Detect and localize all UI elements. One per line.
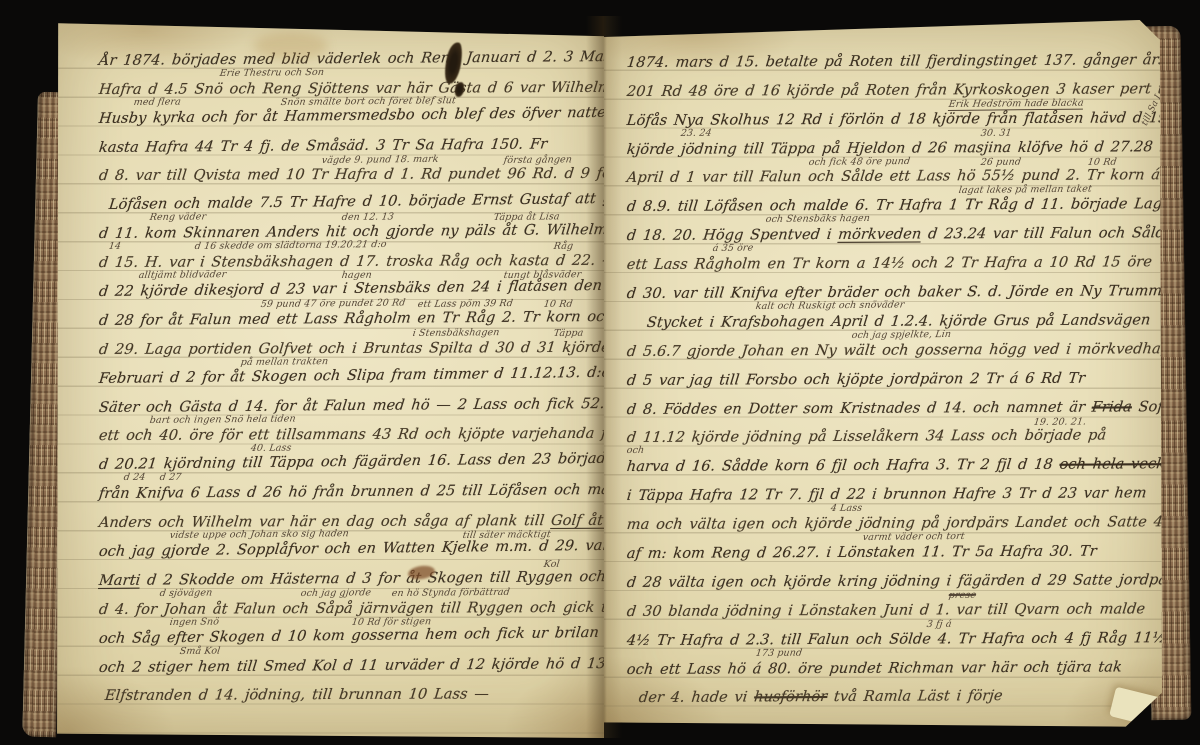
journal-line: och jag gjorde 2. Sopplåfvor och en Watt… bbox=[98, 531, 604, 560]
interline-note: och jag spjelkte, Lin bbox=[851, 329, 952, 341]
journal-line-text: kasta Hafra 44 Tr 4 fj. de Småsäd. 3 Tr … bbox=[98, 136, 548, 156]
interline-note: d 27 bbox=[159, 472, 182, 483]
journal-line: d 30 blanda jödning i Lönstaken Juni d 1… bbox=[626, 591, 1162, 620]
interline-note: 14 bbox=[108, 241, 122, 252]
interline-note: 173 pund bbox=[755, 647, 803, 658]
journal-line: d 15. H. var i Stensbäkshagen d 17. tros… bbox=[98, 242, 604, 271]
journal-line-text: d 15. H. var i Stensbäkshagen d 17. tros… bbox=[98, 252, 604, 271]
photo-background: År 1874. börjades med blid väderlek och … bbox=[0, 0, 1200, 745]
journal-line-text: d 28 for åt Falun med ett Lass Rågholm e… bbox=[98, 308, 604, 329]
journal-line-text: Stycket i Krafsbohagen April d 1.2.4. kj… bbox=[646, 312, 1151, 331]
journal-line: Husby kyrka och for åt Hammersmedsbo och… bbox=[98, 98, 604, 127]
journal-line: och ett Lass hö á 80. öre pundet Richman… bbox=[626, 649, 1162, 678]
journal-line-text: harva d 16. Sådde korn 6 fjl och Hafra 3… bbox=[626, 456, 1162, 475]
journal-line-text: d 29. Laga portiden Golfvet och i Brunta… bbox=[98, 339, 604, 358]
journal-line: 1874. mars d 15. betalte på Roten till f… bbox=[626, 42, 1162, 71]
journal-line: d 5.6.7 gjorde Johan en Ny wält och goss… bbox=[626, 331, 1162, 360]
journal-line: ma och välta igen och kjörde jödning på … bbox=[626, 504, 1162, 533]
journal-line-text: d 30 blanda jödning i Lönstaken Juni d 1… bbox=[626, 601, 1146, 620]
journal-line-text: Elfstranden d 14. jödning, till brunnan … bbox=[104, 687, 490, 705]
journal-line-text: i Täppa Hafra 12 Tr 7. fjl d 22 i brunno… bbox=[626, 486, 1147, 505]
journal-line-text: 4½ Tr Hafra d 2.3. till Falun och Sölde … bbox=[626, 630, 1162, 649]
journal-line: i Täppa Hafra 12 Tr 7. fjl d 22 i brunno… bbox=[626, 475, 1162, 504]
journal-line-text: d 8.9. till Löfåsen och malde 6. Tr Hafr… bbox=[626, 196, 1162, 215]
journal-line-text: d 5.6.7 gjorde Johan en Ny wält och goss… bbox=[626, 341, 1162, 360]
journal-line: d 29. Laga portiden Golfvet och i Brunta… bbox=[98, 329, 604, 358]
journal-line-text: Februari d 2 for åt Skogen och Slipa fra… bbox=[98, 363, 604, 387]
interline-note: och jag gjorde bbox=[300, 587, 372, 599]
journal-line: och Såg efter Skogen d 10 kom gosserna h… bbox=[98, 618, 604, 647]
journal-line-text: från Knifva 6 Lass d 26 hö från brunnen … bbox=[98, 481, 604, 502]
interline-note: 19. 20. 21. bbox=[1033, 416, 1087, 428]
journal-line: Februari d 2 for åt Skogen och Slipa fra… bbox=[98, 358, 604, 387]
interline-note: och Stensbäks hagen bbox=[765, 213, 871, 225]
interline-note: 4 Lass bbox=[830, 503, 863, 514]
journal-line-text: d 18. 20. Högg Spentved i mörkveden d 23… bbox=[626, 225, 1162, 244]
journal-line: Anders och Wilhelm var här en dag och så… bbox=[98, 502, 604, 531]
journal-line-text: och 2 stiger hem till Smed Kol d 11 urvä… bbox=[98, 655, 604, 676]
journal-line: April d 1 var till Falun och Sålde ett L… bbox=[626, 158, 1162, 187]
interline-note: d 16 skedde om slädtorna 19.20.21 d:o bbox=[194, 239, 387, 252]
interline-note: Små Kol bbox=[179, 645, 221, 656]
journal-line-text: ma och välta igen och kjörde jödning på … bbox=[626, 514, 1162, 533]
journal-line: kasta Hafra 44 Tr 4 fj. de Småsäd. 3 Tr … bbox=[98, 127, 604, 156]
journal-line: Löfås Nya Skolhus 12 Rd i förlön d 18 kj… bbox=[626, 100, 1162, 129]
interline-note: prese bbox=[948, 590, 977, 601]
journal-line-text: d 11.12 kjörde jödning på Lisselåkern 34… bbox=[626, 428, 1107, 447]
journal-line: Elfstranden d 14. jödning, till brunnan … bbox=[98, 676, 604, 705]
journal-line: d 8. Föddes en Dotter som Kristnades d 1… bbox=[626, 389, 1162, 418]
journal-line-text: Löfås Nya Skolhus 12 Rd i förlön d 18 kj… bbox=[626, 110, 1162, 129]
paper-stain bbox=[254, 32, 328, 60]
interline-note: den 12. 13 bbox=[341, 212, 395, 224]
interline-note: Täppa åt Lisa bbox=[493, 212, 560, 224]
journal-line: af m: kom Reng d 26.27. i Lönstaken 11. … bbox=[626, 533, 1162, 562]
journal-line-text: d 20.21 kjördning till Täppa och fägärde… bbox=[98, 450, 604, 473]
journal-line: d 4. for Johan åt Falun och Såpå järnväg… bbox=[98, 589, 604, 618]
interline-note: Erie Thestru och Son bbox=[219, 67, 325, 79]
interline-note: 23. 24 bbox=[680, 127, 712, 138]
journal-line: kjörde jödning till Täppa på Hjeldon d 2… bbox=[626, 129, 1162, 158]
journal-line: d 20.21 kjördning till Täppa och fägärde… bbox=[98, 444, 604, 473]
interline-note: med flera bbox=[133, 96, 182, 107]
interline-note: 10 Rd för stigen bbox=[351, 616, 432, 628]
left-page-text: År 1874. börjades med blid väderlek och … bbox=[56, 40, 604, 736]
journal-line-text: Säter och Gästa d 14. for åt Falun med h… bbox=[98, 395, 604, 416]
journal-line: från Knifva 6 Lass d 26 hö från brunnen … bbox=[98, 473, 604, 502]
interline-note: varmt väder och tort bbox=[862, 531, 965, 543]
journal-line-text: ett och 40. öre för ett tillsammans 43 R… bbox=[98, 426, 604, 445]
journal-line: Hafra d 4.5 Snö och Reng Sjöttens var hä… bbox=[98, 69, 604, 98]
interline-note: á 35 öre bbox=[712, 243, 754, 254]
interline-note: Täppa bbox=[553, 328, 584, 339]
interline-note: Snön smälte bort och föret blef slut bbox=[280, 95, 457, 108]
interline-note: vägde 9. pund 18. mark bbox=[321, 153, 439, 165]
interline-note: alltjämt blidväder bbox=[138, 269, 227, 281]
journal-line: d 18. 20. Högg Spentved i mörkveden d 23… bbox=[626, 215, 1162, 244]
interline-note: 26 pund bbox=[980, 156, 1022, 167]
interline-note: tungt blåsväder bbox=[503, 269, 582, 281]
journal-line: d 28 for åt Falun med ett Lass Rågholm e… bbox=[98, 300, 604, 329]
journal-line: 4½ Tr Hafra d 2.3. till Falun och Sölde … bbox=[626, 620, 1162, 649]
journal-left-page: År 1874. börjades med blid väderlek och … bbox=[56, 16, 604, 738]
journal-line: d 28 välta igen och kjörde kring jödning… bbox=[626, 562, 1162, 591]
journal-line-text: och ett Lass hö á 80. öre pundet Richman… bbox=[626, 659, 1123, 678]
journal-line: Säter och Gästa d 14. for åt Falun med h… bbox=[98, 387, 604, 416]
journal-line: d 8.9. till Löfåsen och malde 6. Tr Hafr… bbox=[626, 186, 1162, 215]
journal-line-text: Marti d 2 Skodde om Hästerna d 3 for åt … bbox=[98, 568, 604, 589]
journal-line-text: d 28 välta igen och kjörde kring jödning… bbox=[626, 572, 1162, 591]
interline-note: på mellan trakten bbox=[240, 356, 329, 368]
interline-note: 10 Rd bbox=[1087, 156, 1117, 167]
interline-note: och fick 48 öre pund bbox=[808, 156, 911, 168]
journal-line: d 8. var till Qvista med 10 Tr Hafra d 1… bbox=[98, 156, 604, 185]
interline-note: till säter mäcktigt bbox=[462, 529, 551, 541]
journal-line: Stycket i Krafsbohagen April d 1.2.4. kj… bbox=[626, 302, 1162, 331]
journal-line-text: d 8. Föddes en Dotter som Kristnades d 1… bbox=[626, 399, 1162, 418]
journal-line: Löfåsen och malde 7.5 Tr Hafre d 10. bör… bbox=[98, 184, 604, 213]
interline-note: ett Lass pöm 39 Rd bbox=[417, 298, 514, 310]
journal-line: der 4. hade vi husförhör två Ramla Läst … bbox=[626, 678, 1162, 707]
interline-note: och bbox=[626, 445, 645, 456]
interline-note: i Stensbäkshagen bbox=[412, 327, 500, 339]
journal-line: ett och 40. öre för ett tillsammans 43 R… bbox=[98, 416, 604, 445]
interline-note: 3 fj á bbox=[926, 619, 952, 630]
journal-line-text: d 4. for Johan åt Falun och Såpå järnväg… bbox=[98, 599, 604, 618]
interline-note: 59 pund 47 öre pundet 20 Rd bbox=[260, 298, 406, 311]
journal-line: d 11.12 kjörde jödning på Lisselåkern 34… bbox=[626, 418, 1162, 447]
interline-note: en hö Stynda förbättrad bbox=[391, 587, 511, 599]
journal-right-page: 1874. mars d 15. betalte på Roten till f… bbox=[604, 20, 1162, 728]
journal-line-text: Hafra d 4.5 Snö och Reng Sjöttens var hä… bbox=[98, 79, 604, 97]
interline-note: vidste uppe och Johan sko sig haden bbox=[169, 528, 350, 541]
journal-line-text: År 1874. börjades med blid väderlek och … bbox=[98, 49, 604, 69]
journal-line: Marti d 2 Skodde om Hästerna d 3 for åt … bbox=[98, 560, 604, 589]
journal-line-text: af m: kom Reng d 26.27. i Lönstaken 11. … bbox=[626, 544, 1098, 562]
interline-note: d sjövägen bbox=[159, 587, 213, 599]
journal-line: d 11. kom Skinnaren Anders hit och gjord… bbox=[98, 213, 604, 242]
journal-line-text: d 5 var jag till Forsbo och kjöpte jordp… bbox=[626, 370, 1086, 388]
interline-note: hagen bbox=[341, 270, 373, 281]
interline-note: Kol bbox=[543, 559, 560, 570]
journal-line: d 30. var till Knifva efter bräder och b… bbox=[626, 273, 1162, 302]
interline-note: Reng väder bbox=[149, 212, 207, 224]
interline-note: bart och ingen Snö hela tiden bbox=[149, 413, 296, 426]
interline-note: 40. Lass bbox=[250, 443, 292, 454]
journal-line-text: Löfåsen och malde 7.5 Tr Hafre d 10. bör… bbox=[108, 190, 604, 214]
journal-line: 201 Rd 48 öre d 16 kjörde på Roten från … bbox=[626, 71, 1162, 100]
interline-note: Erik Hedström hade blacka bbox=[948, 97, 1084, 109]
journal-line: d 5 var jag till Forsbo och kjöpte jordp… bbox=[626, 360, 1162, 389]
journal-line-text: der 4. hade vi husförhör två Ramla Läst … bbox=[638, 689, 1003, 707]
journal-line: ett Lass Rågholm en Tr korn a 14½ och 2 … bbox=[626, 244, 1162, 273]
journal-line: År 1874. börjades med blid väderlek och … bbox=[98, 40, 604, 69]
journal-line-text: d 8. var till Qvista med 10 Tr Hafra d 1… bbox=[98, 166, 604, 184]
journal-line: d 22 kjörde dikesjord d 23 var i Stensbä… bbox=[98, 271, 604, 300]
interline-note: lagat lakes på mellan taket bbox=[958, 184, 1093, 196]
interline-note: d 24 bbox=[123, 472, 146, 483]
interline-note: 30. 31 bbox=[980, 127, 1012, 138]
interline-note: Råg bbox=[553, 241, 574, 252]
journal-line: harva d 16. Sådde korn 6 fjl och Hafra 3… bbox=[626, 446, 1162, 475]
journal-line-text: ett Lass Rågholm en Tr korn a 14½ och 2 … bbox=[626, 254, 1153, 273]
interline-note: ingen Snö bbox=[169, 616, 220, 628]
journal-line: och 2 stiger hem till Smed Kol d 11 urvä… bbox=[98, 647, 604, 676]
interline-note: första gången bbox=[503, 154, 573, 166]
journal-line-text: 1874. mars d 15. betalte på Roten till f… bbox=[626, 52, 1162, 71]
interline-note: kalt och Ruskigt och snöväder bbox=[755, 299, 905, 312]
right-page-text: 1874. mars d 15. betalte på Roten till f… bbox=[604, 42, 1162, 726]
journal-line-text: kjörde jödning till Täppa på Hjeldon d 2… bbox=[626, 138, 1162, 158]
interline-note: 10 Rd bbox=[543, 299, 573, 310]
